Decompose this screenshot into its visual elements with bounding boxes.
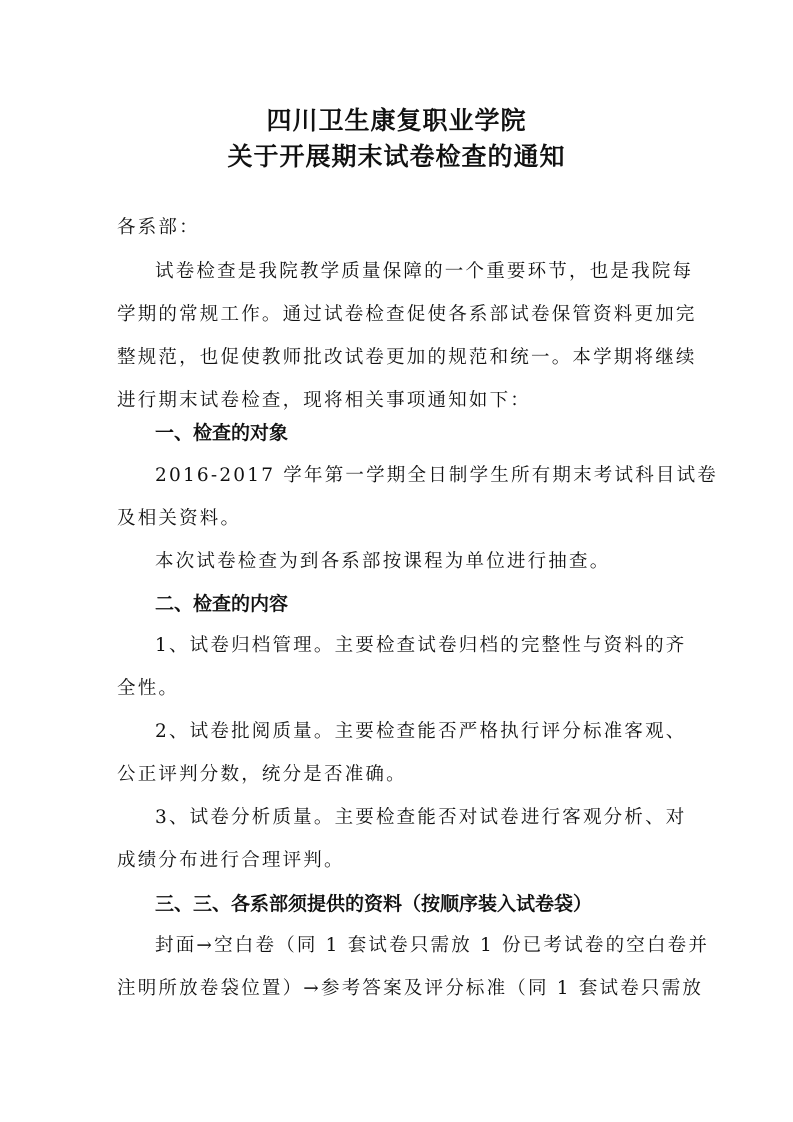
section1-line: 及相关资料。: [117, 507, 677, 531]
section-heading-1: 一、检查的对象: [155, 421, 288, 445]
document-page: 四川卫生康复职业学院 关于开展期末试卷检查的通知 各系部： 试卷检查是我院教学质…: [0, 0, 793, 1122]
document-title-line2: 关于开展期末试卷检查的通知: [0, 137, 793, 173]
intro-line: 学期的常规工作。通过试卷检查促使各系部试卷保管资料更加完: [117, 303, 677, 327]
salutation: 各系部：: [117, 216, 677, 240]
intro-line: 进行期末试卷检查，现将相关事项通知如下：: [117, 389, 677, 413]
section2-line: 全性。: [117, 677, 677, 701]
section1-line: 本次试卷检查为到各系部按课程为单位进行抽查。: [155, 550, 677, 574]
section3-line: 封面→空白卷（同 1 套试卷只需放 1 份已考试卷的空白卷并: [155, 934, 677, 958]
section2-line: 成绩分布进行合理评判。: [117, 849, 677, 873]
intro-line: 试卷检查是我院教学质量保障的一个重要环节，也是我院每: [155, 260, 677, 284]
section3-line: 注明所放卷袋位置）→参考答案及评分标准（同 1 套试卷只需放: [117, 977, 677, 1001]
section1-line: 2016-2017 学年第一学期全日制学生所有期末考试科目试卷: [155, 464, 677, 488]
section2-line: 1、试卷归档管理。主要检查试卷归档的完整性与资料的齐: [155, 634, 677, 658]
section-heading-2: 二、检查的内容: [155, 592, 288, 616]
section-heading-3: 三、三、各系部须提供的资料（按顺序装入试卷袋）: [155, 892, 592, 916]
section2-line: 公正评判分数，统分是否准确。: [117, 763, 677, 787]
section2-line: 3、试卷分析质量。主要检查能否对试卷进行客观分析、对: [155, 806, 677, 830]
intro-line: 整规范，也促使教师批改试卷更加的规范和统一。本学期将继续: [117, 346, 677, 370]
document-title-line1: 四川卫生康复职业学院: [0, 101, 793, 137]
section2-line: 2、试卷批阅质量。主要检查能否严格执行评分标准客观、: [155, 720, 677, 744]
